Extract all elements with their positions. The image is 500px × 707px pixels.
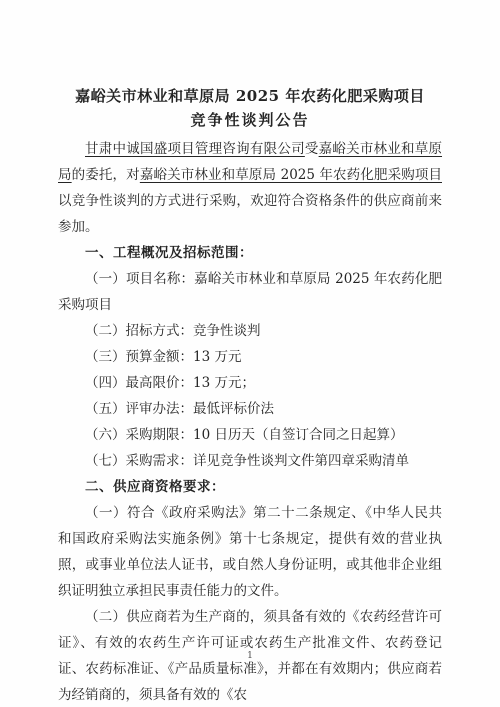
document-content: 嘉峪关市林业和草原局 2025 年农药化肥采购项目 竞争性谈判公告 甘肃中诚国盛… [58,84,442,707]
document-title: 嘉峪关市林业和草原局 2025 年农药化肥采购项目 [58,84,442,108]
project-name: 嘉峪关市林业和草原局 2025 年农药化肥采购项目 [140,167,442,183]
section1-item-price-cap: （四）最高限价：13 万元； [58,370,442,396]
section1-item-review-method: （五）评审办法：最低评标价法 [58,396,442,422]
section1-item-budget: （三）预算金额：13 万元 [58,344,442,370]
section1-item-procurement-period: （六）采购期限：10 日历天（自签订合同之日起算） [58,422,442,448]
section2-heading: 二、供应商资格要求： [58,474,442,500]
intro-connector-2: 的委托，对 [72,167,140,183]
agency-name: 甘肃中诚国盛项目管理咨询有限公司 [85,141,305,157]
intro-paragraph: 甘肃中诚国盛项目管理咨询有限公司受嘉峪关市林业和草原局的委托，对嘉峪关市林业和草… [58,136,442,240]
page-number: 1 [0,650,500,662]
section1-item-procurement-demand: （七）采购需求：详见竞争性谈判文件第四章采购清单 [58,448,442,474]
document-subtitle: 竞争性谈判公告 [58,108,442,132]
section1-heading: 一、工程概况及招标范围： [58,240,442,266]
document-page: 嘉峪关市林业和草原局 2025 年农药化肥采购项目 竞争性谈判公告 甘肃中诚国盛… [0,0,500,707]
intro-connector-1: 受 [305,141,319,157]
section2-qualification-paragraph-1: （一）符合《政府采购法》第二十二条规定、《中华人民共和国政府采购法实施条例》第十… [58,500,442,604]
section1-item-project-name: （一）项目名称：嘉峪关市林业和草原局 2025 年农药化肥采购项目 [58,266,442,318]
intro-tail-text: 以竞争性谈判的方式进行采购，欢迎符合资格条件的供应商前来参加。 [58,193,442,235]
section1-item-bid-method: （二）招标方式：竞争性谈判 [58,318,442,344]
